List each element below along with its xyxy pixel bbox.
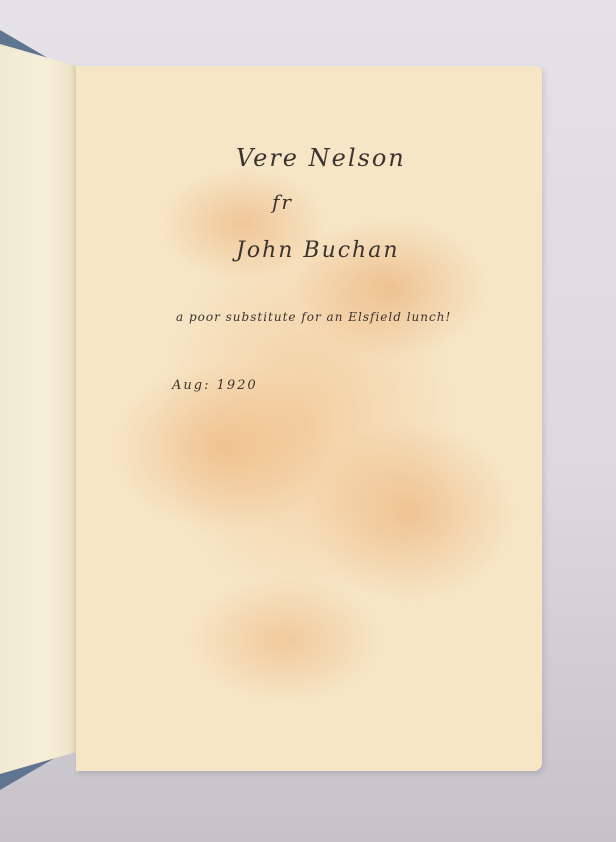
flyleaf-page: Vere Nelson fr John Buchan a poor substi…	[76, 66, 542, 771]
inscription-recipient: Vere Nelson	[236, 144, 406, 172]
foxing-stain	[96, 96, 516, 736]
inscription-date: Aug: 1920	[172, 378, 258, 393]
inscription-from: fr	[272, 190, 293, 214]
front-endpaper	[0, 44, 76, 774]
inscription-author-signature: John Buchan	[236, 238, 400, 263]
inscription-note: a poor substitute for an Elsfield lunch!	[176, 310, 451, 324]
